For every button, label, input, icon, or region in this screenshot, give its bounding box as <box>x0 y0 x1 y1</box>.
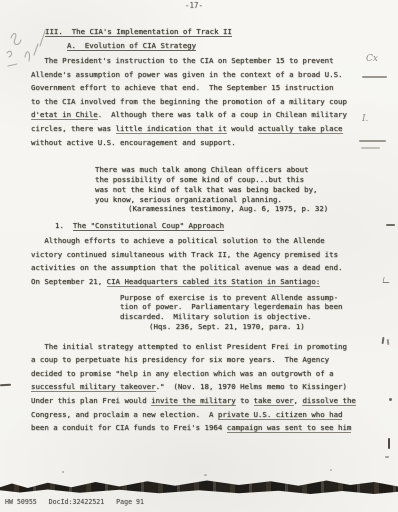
scan-speck <box>204 474 207 476</box>
edge-mark <box>386 224 395 226</box>
text-line: circles, there was little indication tha… <box>31 122 368 136</box>
edge-mark <box>382 337 385 344</box>
underlined-text: private U.S. citizen who had <box>218 410 343 420</box>
text-segment: decided to promise "help in any election… <box>31 369 334 378</box>
underlined-text: CIA Headquarters cabled its Station in S… <box>107 277 321 287</box>
text-segment: to <box>236 396 254 405</box>
text-line: successful military takeover." (Nov. 18,… <box>31 380 368 394</box>
text-line: the possibility of some kind of coup...b… <box>95 175 368 185</box>
text-line: you know, serious organizational plannin… <box>95 195 368 205</box>
scanned-document-page: -17- III. The CIA's Implementation of Tr… <box>0 0 398 512</box>
margin-annotation-2-underline-2 <box>361 147 380 149</box>
edge-mark <box>382 277 390 283</box>
text-line: A. Evolution of CIA Strategy <box>67 40 368 52</box>
text-segment: discarded. Military solution is objectiv… <box>120 312 311 321</box>
text-segment: (Karamessines testimony, Aug. 6, 1975, p… <box>128 204 328 213</box>
text-segment: a coup to perpetuate his presidency for … <box>31 355 329 364</box>
text-line: Under this plan Frei would invite the mi… <box>31 394 368 408</box>
text-segment: (Hqs. 236, Sept. 21, 1970, para. 1) <box>149 322 305 331</box>
scan-speck <box>62 471 64 473</box>
text-segment: There was much talk among Chilean office… <box>95 165 309 174</box>
text-segment: would <box>227 124 258 133</box>
archive-footer: HW 50955 DocId:32422521 Page 91 <box>5 498 144 506</box>
underlined-text: The "Constitutional Coup" Approach <box>73 221 224 231</box>
underlined-text: invite the military <box>151 396 236 406</box>
text-line: Congress, and proclaim a new election. A… <box>31 408 368 422</box>
page-number: -17- <box>185 1 203 10</box>
text-line: Although efforts to achieve a political … <box>31 234 368 248</box>
text-segment: was not the kind of talk that was being … <box>95 185 317 194</box>
underlined-text: A. Evolution of CIA Strategy <box>67 41 196 51</box>
text-segment: Purpose of exercise is to prevent Allend… <box>120 293 338 302</box>
underlined-text: successful military takeover <box>31 382 156 392</box>
text-segment: to the CIA involved from the beginning t… <box>31 97 347 106</box>
text-segment: Although efforts to achieve a political … <box>31 236 325 245</box>
text-segment: you know, serious organizational plannin… <box>95 195 282 204</box>
text-line: (Hqs. 236, Sept. 21, 1970, para. 1) <box>149 322 368 332</box>
text-segment: Government effort to achieve that end. T… <box>31 83 334 92</box>
text-line: 1. The "Constitutional Coup" Approach <box>55 220 368 232</box>
text-line: Purpose of exercise is to prevent Allend… <box>120 293 368 303</box>
text-line: was not the kind of talk that was being … <box>95 185 368 195</box>
text-line: without active U.S. encouragement and su… <box>31 136 368 150</box>
edge-mark <box>388 438 390 449</box>
text-segment: . Although there was talk of a coup in C… <box>98 110 347 119</box>
text-line: On September 21, CIA Headquarters cabled… <box>31 275 368 289</box>
text-segment: Under this plan Frei would <box>31 396 151 405</box>
text-line: discarded. Military solution is objectiv… <box>120 312 368 322</box>
document-body: III. The CIA's Implementation of Track I… <box>31 26 368 435</box>
text-line: III. The CIA's Implementation of Track I… <box>45 26 368 38</box>
underlined-text: III. The CIA's Implementation of Track I… <box>45 27 232 37</box>
text-line: The President's instruction to the CIA o… <box>31 54 368 68</box>
edge-mark <box>385 456 389 458</box>
text-line: a coup to perpetuate his presidency for … <box>31 353 368 367</box>
pencil-scribble-icon <box>2 26 56 72</box>
edge-mark <box>389 398 392 401</box>
underlined-text: d'etat in Chile <box>31 110 98 120</box>
text-line: victory continued simultaneous with Trac… <box>31 248 368 262</box>
text-segment: 1. <box>55 221 73 230</box>
text-segment: victory continued simultaneous with Trac… <box>31 250 338 259</box>
edge-mark <box>387 339 390 345</box>
text-line: There was much talk among Chilean office… <box>95 165 368 175</box>
margin-annotation-2-underline <box>359 140 386 142</box>
text-line: tion of power. Parliamentary legerdemain… <box>120 302 368 312</box>
text-line: decided to promise "help in any election… <box>31 367 368 381</box>
text-line: d'etat in Chile. Although there was talk… <box>31 108 368 122</box>
edge-mark <box>0 384 11 387</box>
underlined-text: little indication that it <box>116 124 227 134</box>
text-segment: Allende's assumption of power was given … <box>31 70 342 79</box>
scan-speck <box>330 469 332 471</box>
text-segment: the possibility of some kind of coup...b… <box>95 175 304 184</box>
underlined-text: campaign was sent to see him <box>227 423 352 433</box>
text-line: Allende's assumption of power was given … <box>31 68 368 82</box>
underlined-text: take over <box>254 396 294 406</box>
text-line: (Karamessines testimony, Aug. 6, 1975, p… <box>128 204 368 214</box>
text-line: activities on the assumption that the po… <box>31 261 368 275</box>
text-segment: On September 21, <box>31 277 107 286</box>
text-segment: circles, there was <box>31 124 116 133</box>
margin-annotation-1-underline <box>362 76 387 78</box>
underlined-text: actually take place <box>258 124 343 134</box>
text-segment: ." (Nov. 18, 1970 Helms memo to Kissinge… <box>156 382 347 391</box>
text-line: Government effort to achieve that end. T… <box>31 81 368 95</box>
text-line: been a conduit for CIA funds to Frei's 1… <box>31 421 368 435</box>
text-segment: Congress, and proclaim a new election. A <box>31 410 218 419</box>
text-segment: The President's instruction to the CIA o… <box>31 56 334 65</box>
margin-annotation-1: Cx <box>366 54 378 64</box>
text-segment: tion of power. Parliamentary legerdemain… <box>120 302 342 311</box>
underlined-text: dissolve the <box>302 396 355 406</box>
text-segment: The initial strategy attempted to enlist… <box>31 342 347 351</box>
text-segment: without active U.S. encouragement and su… <box>31 138 236 147</box>
scan-artifact-band <box>0 479 398 494</box>
text-segment: been a conduit for CIA funds to Frei's 1… <box>31 423 227 432</box>
margin-annotation-2: I. <box>362 114 368 124</box>
text-segment: activities on the assumption that the po… <box>31 263 342 272</box>
text-line: to the CIA involved from the beginning t… <box>31 95 368 109</box>
text-line: The initial strategy attempted to enlist… <box>31 340 368 354</box>
